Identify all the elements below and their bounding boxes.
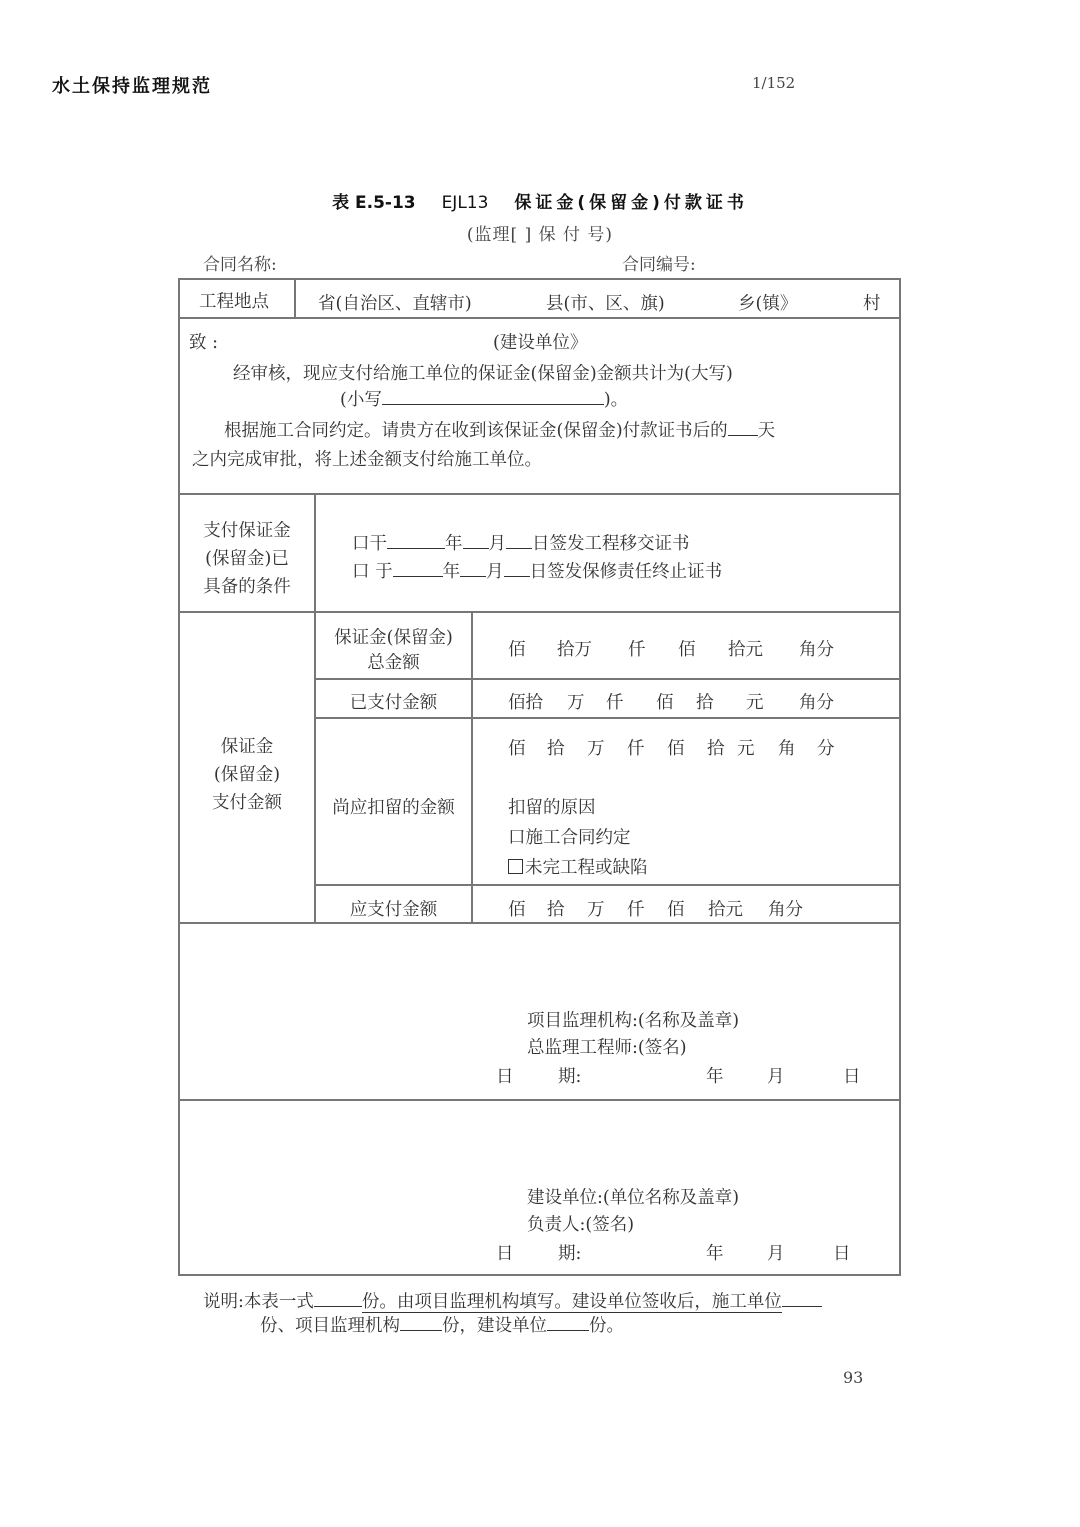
location-province: 省(自治区、直辖市) — [318, 290, 472, 315]
condition-handover-certificate[interactable]: 口干年月日签发工程移交证书 — [352, 530, 690, 555]
note-line-2: 份、项目监理机构份，建设单位份。 — [260, 1312, 624, 1337]
supervisor-date-day[interactable]: 日 — [843, 1063, 861, 1088]
row-divider — [315, 678, 901, 680]
location-county: 县(市、区、旗) — [546, 290, 665, 315]
handover-year-field[interactable] — [387, 532, 445, 549]
handover-month-field[interactable] — [463, 532, 489, 549]
retention-reason-label: 扣留的原因 — [508, 794, 596, 819]
notice-recipient-placeholder: (建设单位》 — [493, 329, 587, 354]
location-village: 村 — [863, 290, 881, 315]
owner-person-label: 负责人:(签名) — [527, 1211, 634, 1236]
row-divider — [315, 884, 901, 886]
location-township: 乡(镇》 — [738, 290, 797, 315]
table-border-top — [178, 278, 901, 280]
table-number: 表 E.5-13 — [332, 193, 416, 213]
paid-amount-label: 已支付金额 — [316, 689, 471, 714]
retained-amount-label: 尚应扣留的金额 — [316, 794, 471, 819]
copies-total-field[interactable] — [314, 1290, 362, 1307]
col-divider — [294, 278, 296, 318]
table-border-right — [899, 278, 901, 1276]
owner-copies-field[interactable] — [547, 1314, 589, 1331]
supervisor-date-year[interactable]: 年 — [706, 1063, 724, 1088]
row-divider — [178, 611, 901, 613]
form-title: 表 E.5-13 EJL13 保证金(保留金)付款证书 — [0, 188, 1080, 213]
row-divider — [178, 922, 901, 924]
form-subtitle: (监理[ ] 保 付 号) — [0, 220, 1080, 245]
supervisor-date-month[interactable]: 月 — [767, 1063, 785, 1088]
notice-line-2: (小写)。 — [340, 386, 628, 411]
handover-day-field[interactable] — [506, 532, 532, 549]
warranty-day-field[interactable] — [504, 560, 530, 577]
row-divider — [178, 317, 901, 319]
condition-warranty-termination-certificate[interactable]: 口 于年月日签发保修责任终止证书 — [352, 558, 722, 583]
form-code: EJL13 — [442, 193, 489, 213]
row-divider — [178, 1099, 901, 1101]
owner-date-year[interactable]: 年 — [706, 1240, 724, 1265]
row-divider — [315, 717, 901, 719]
owner-date-day[interactable]: 日 — [833, 1240, 851, 1265]
notice-line-1: 经审核，现应支付给施工单位的保证金(保留金)金额共计为(大写) — [233, 360, 733, 385]
days-field[interactable] — [728, 419, 758, 436]
retention-reason-contract[interactable]: 口施工合同约定 — [508, 824, 631, 849]
owner-date-label: 日 — [496, 1240, 514, 1265]
total-amount-label: 保证金(保留金) 总金额 — [316, 626, 471, 676]
notice-line-3: 根据施工合同约定。请贵方在收到该保证金(保留金)付款证书后的天 — [224, 417, 775, 442]
amounts-group-label: 保证金 (保留金) 支付金额 — [180, 733, 314, 817]
supervisor-date-label: 日 — [496, 1063, 514, 1088]
retention-reason-defects[interactable]: 未完工程或缺陷 — [508, 854, 648, 879]
row-divider — [178, 493, 901, 495]
supervisor-copies-field[interactable] — [400, 1314, 442, 1331]
notice-line-4: 之内完成审批，将上述金额支付给施工单位。 — [192, 446, 542, 471]
notice-to-label: 致 : — [189, 329, 218, 354]
contract-number-label: 合同编号: — [622, 250, 696, 275]
supervisor-date-label-2: 期: — [558, 1063, 581, 1088]
conditions-label: 支付保证金 (保留金)已 具备的条件 — [180, 517, 314, 601]
note-line-1: 说明:本表一式份。由项目监理机构填写。建设单位签收后，施工单位 — [203, 1288, 822, 1313]
chief-engineer-label: 总监理工程师:(签名) — [527, 1034, 687, 1059]
contract-name-label: 合同名称: — [203, 250, 277, 275]
page-number: 93 — [843, 1368, 863, 1387]
page-indicator: 1/152 — [752, 74, 795, 92]
checkbox-icon[interactable] — [508, 859, 523, 874]
amount-lowercase-field[interactable] — [382, 388, 604, 405]
warranty-month-field[interactable] — [460, 560, 486, 577]
owner-date-month[interactable]: 月 — [767, 1240, 785, 1265]
owner-date-label-2: 期: — [558, 1240, 581, 1265]
supervisor-org-label: 项目监理机构:(名称及盖章) — [527, 1007, 739, 1032]
col-divider — [471, 611, 473, 923]
location-label: 工程地点 — [199, 288, 269, 313]
warranty-year-field[interactable] — [393, 560, 443, 577]
document-header-title: 水土保持监理规范 — [52, 72, 212, 98]
contractor-copies-field[interactable] — [782, 1290, 822, 1307]
payable-amount-label: 应支付金额 — [316, 896, 471, 921]
form-name: 保证金(保留金)付款证书 — [514, 193, 748, 213]
table-border-bottom — [178, 1274, 901, 1276]
owner-org-label: 建设单位:(单位名称及盖章) — [527, 1184, 739, 1209]
